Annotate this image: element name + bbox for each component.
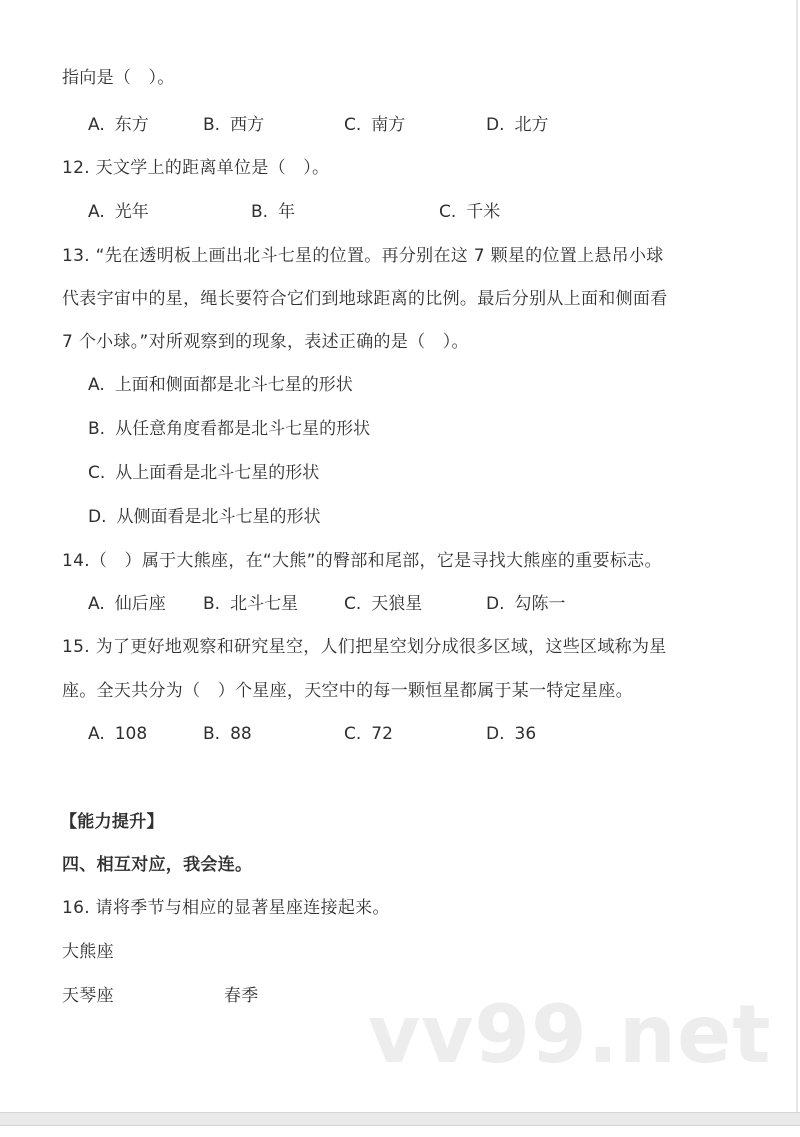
document-page: 指向是（ ）。 A.东方 B.西方 C.南方 D.北方 12. 天文学上的距离单… <box>0 0 798 1112</box>
q12-option-c[interactable]: C.千米 <box>439 200 500 224</box>
q13-option-b[interactable]: B.从任意角度看都是北斗七星的形状 <box>88 417 370 441</box>
page-separator <box>0 1112 800 1126</box>
q15-option-a[interactable]: A.108 <box>88 722 147 746</box>
section-heading: 【能力提升】 <box>60 810 164 834</box>
q11-option-b[interactable]: B.西方 <box>203 113 264 137</box>
q15-option-b[interactable]: B.88 <box>203 722 252 746</box>
section-subheading: 四、相互对应，我会连。 <box>62 853 252 877</box>
q13-option-c[interactable]: C.从上面看是北斗七星的形状 <box>88 461 319 485</box>
q16-text: 16. 请将季节与相应的显著星座连接起来。 <box>62 896 390 920</box>
q13-option-a[interactable]: A.上面和侧面都是北斗七星的形状 <box>88 373 353 397</box>
q16-left-item-1[interactable]: 大熊座 <box>62 940 114 964</box>
q13-line-1: 13. “先在透明板上画出北斗七星的位置。再分别在这 7 颗星的位置上悬吊小球 <box>62 244 664 268</box>
next-page-top <box>0 1126 800 1137</box>
q15-option-c[interactable]: C.72 <box>344 722 393 746</box>
q16-left-item-2[interactable]: 天琴座 <box>62 984 114 1008</box>
q13-line-3: 7 个小球。”对所观察到的现象，表述正确的是（ ）。 <box>62 330 469 354</box>
q15-line-1: 15. 为了更好地观察和研究星空，人们把星空划分成很多区域，这些区域称为星 <box>62 635 667 659</box>
q14-option-d[interactable]: D.勾陈一 <box>486 592 566 616</box>
q14-option-a[interactable]: A.仙后座 <box>88 592 166 616</box>
q14-text: 14.（ ）属于大熊座，在“大熊”的臀部和尾部，它是寻找大熊座的重要标志。 <box>62 549 662 573</box>
q13-line-2: 代表宇宙中的星，绳长要符合它们到地球距离的比例。最后分别从上面和侧面看 <box>62 287 668 311</box>
q11-option-a[interactable]: A.东方 <box>88 113 149 137</box>
q11-option-d[interactable]: D.北方 <box>486 113 549 137</box>
q12-option-b[interactable]: B.年 <box>251 200 295 224</box>
q15-line-2: 座。全天共分为（ ）个星座，天空中的每一颗恒星都属于某一特定星座。 <box>62 679 633 703</box>
q14-option-c[interactable]: C.天狼星 <box>344 592 422 616</box>
q11-option-c[interactable]: C.南方 <box>344 113 405 137</box>
q12-option-a[interactable]: A.光年 <box>88 200 149 224</box>
q13-option-d[interactable]: D.从侧面看是北斗七星的形状 <box>88 505 321 529</box>
q15-option-d[interactable]: D.36 <box>486 722 536 746</box>
q14-option-b[interactable]: B.北斗七星 <box>203 592 298 616</box>
watermark: vv99.net <box>368 995 771 1075</box>
q12-text: 12. 天文学上的距离单位是（ ）。 <box>62 156 329 180</box>
q11-text: 指向是（ ）。 <box>62 66 175 90</box>
q16-right-item-1[interactable]: 春季 <box>224 984 259 1008</box>
